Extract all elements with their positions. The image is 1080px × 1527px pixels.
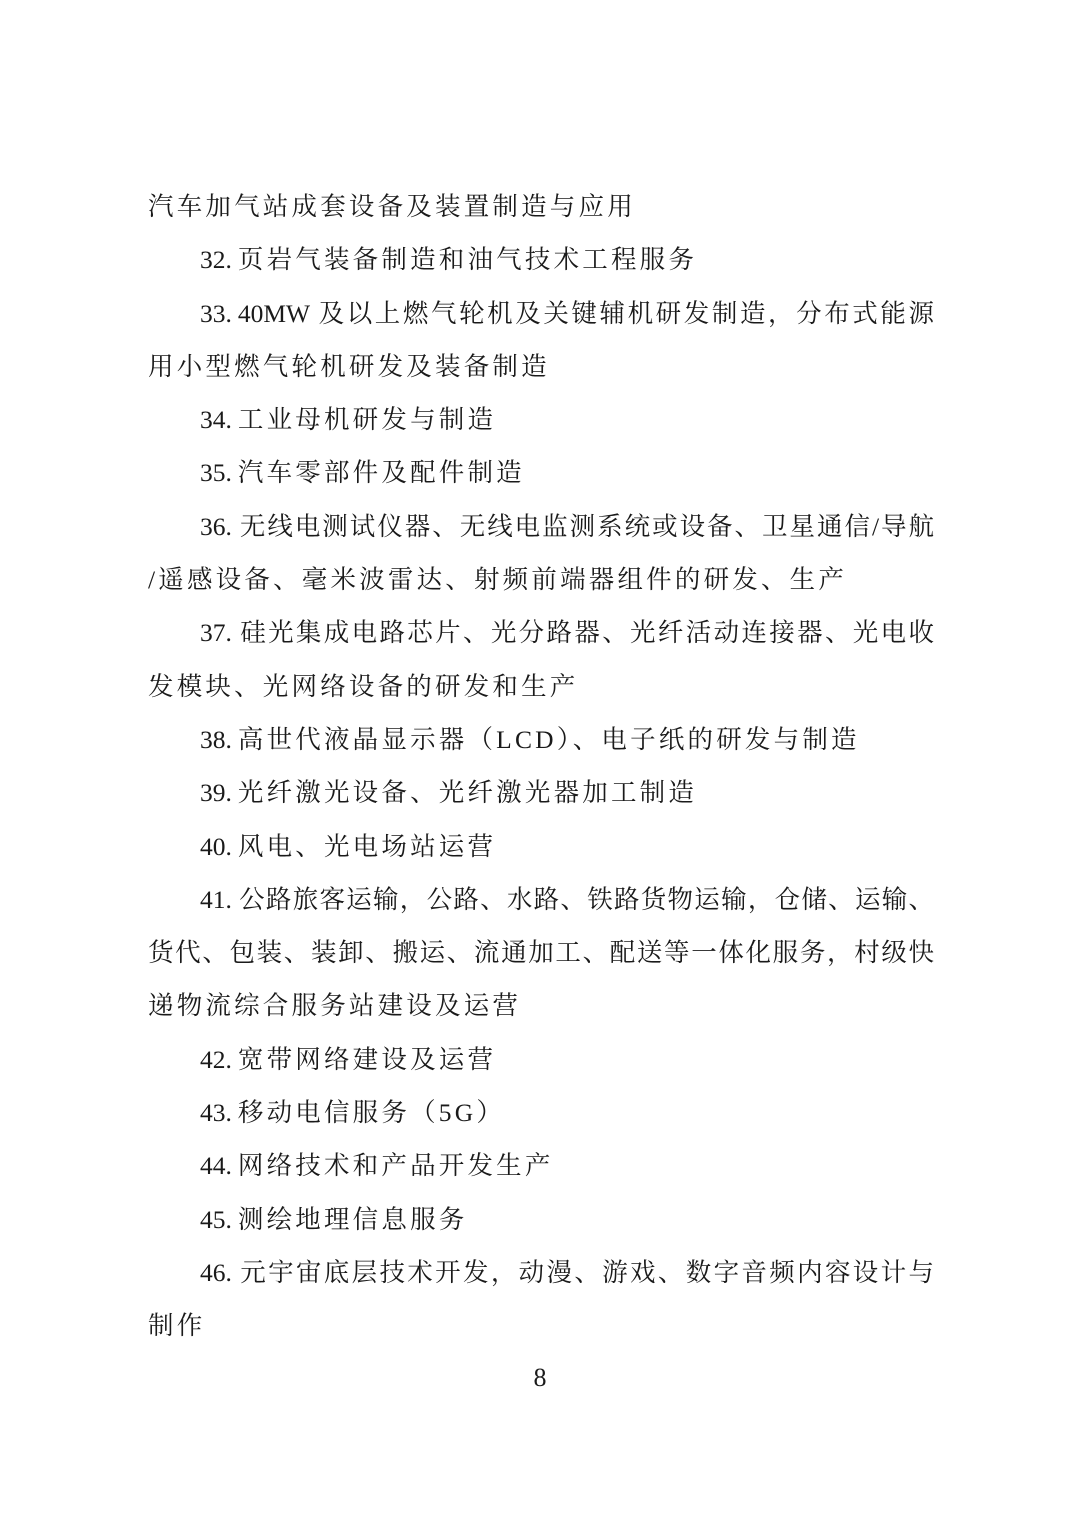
item-text: 无线电测试仪器、无线电监测系统或设备、卫星通信/导航: [238, 512, 934, 541]
list-item-46: 46.元宇宙底层技术开发，动漫、游戏、数字音频内容设计与: [148, 1246, 934, 1299]
list-item-34: 34.工业母机研发与制造: [148, 393, 934, 446]
line-continuation: /遥感设备、毫米波雷达、射频前端器组件的研发、生产: [148, 553, 934, 606]
item-number: 37.: [200, 618, 232, 647]
list-item-42: 42.宽带网络建设及运营: [148, 1033, 934, 1086]
line-continuation: 发模块、光网络设备的研发和生产: [148, 660, 934, 713]
item-number: 40.: [200, 832, 232, 861]
item-number: 45.: [200, 1205, 232, 1234]
line-continuation: 用小型燃气轮机研发及装备制造: [148, 340, 934, 393]
item-number: 44.: [200, 1151, 232, 1180]
item-text: 网络技术和产品开发生产: [238, 1151, 554, 1180]
item-text: 宽带网络建设及运营: [238, 1045, 496, 1074]
item-text: 元宇宙底层技术开发，动漫、游戏、数字音频内容设计与: [238, 1258, 934, 1287]
item-number: 34.: [200, 405, 232, 434]
list-item-37: 37.硅光集成电路芯片、光分路器、光纤活动连接器、光电收: [148, 606, 934, 659]
item-number: 39.: [200, 778, 232, 807]
document-body: 汽车加气站成套设备及装置制造与应用 32.页岩气装备制造和油气技术工程服务 33…: [148, 180, 934, 1353]
list-item-40: 40.风电、光电场站运营: [148, 820, 934, 873]
item-number: 35.: [200, 458, 232, 487]
list-item-44: 44.网络技术和产品开发生产: [148, 1139, 934, 1192]
item-number: 32.: [200, 245, 232, 274]
item-text: 风电、光电场站运营: [238, 832, 496, 861]
line-continuation: 汽车加气站成套设备及装置制造与应用: [148, 180, 934, 233]
page-number: 8: [0, 1358, 1080, 1398]
item-number: 43.: [200, 1098, 232, 1127]
list-item-41: 41.公路旅客运输，公路、水路、铁路货物运输，仓储、运输、: [148, 873, 934, 926]
list-item-33: 33.40MW 及以上燃气轮机及关键辅机研发制造，分布式能源: [148, 287, 934, 340]
list-item-38: 38.高世代液晶显示器（LCD）、电子纸的研发与制造: [148, 713, 934, 766]
line-continuation: 货代、包装、装卸、搬运、流通加工、配送等一体化服务，村级快: [148, 926, 934, 979]
item-number: 38.: [200, 725, 232, 754]
list-item-43: 43.移动电信服务（5G）: [148, 1086, 934, 1139]
item-number: 36.: [200, 512, 232, 541]
item-text: 光纤激光设备、光纤激光器加工制造: [238, 778, 697, 807]
list-item-32: 32.页岩气装备制造和油气技术工程服务: [148, 233, 934, 286]
line-continuation: 递物流综合服务站建设及运营: [148, 979, 934, 1032]
item-number: 46.: [200, 1258, 232, 1287]
list-item-39: 39.光纤激光设备、光纤激光器加工制造: [148, 766, 934, 819]
list-item-35: 35.汽车零部件及配件制造: [148, 446, 934, 499]
list-item-45: 45.测绘地理信息服务: [148, 1193, 934, 1246]
item-text: 公路旅客运输，公路、水路、铁路货物运输，仓储、运输、: [238, 885, 934, 914]
item-text: 移动电信服务（5G）: [238, 1098, 505, 1127]
item-text: 硅光集成电路芯片、光分路器、光纤活动连接器、光电收: [238, 618, 934, 647]
line-continuation: 制作: [148, 1299, 934, 1352]
item-text: 40MW 及以上燃气轮机及关键辅机研发制造，分布式能源: [238, 299, 934, 328]
item-text: 高世代液晶显示器（LCD）、电子纸的研发与制造: [238, 725, 860, 754]
item-text: 测绘地理信息服务: [238, 1205, 468, 1234]
item-number: 33.: [200, 299, 232, 328]
item-text: 页岩气装备制造和油气技术工程服务: [238, 245, 697, 274]
item-number: 41.: [200, 885, 232, 914]
item-number: 42.: [200, 1045, 232, 1074]
item-text: 汽车零部件及配件制造: [238, 458, 525, 487]
item-text: 工业母机研发与制造: [238, 405, 496, 434]
list-item-36: 36.无线电测试仪器、无线电监测系统或设备、卫星通信/导航: [148, 500, 934, 553]
